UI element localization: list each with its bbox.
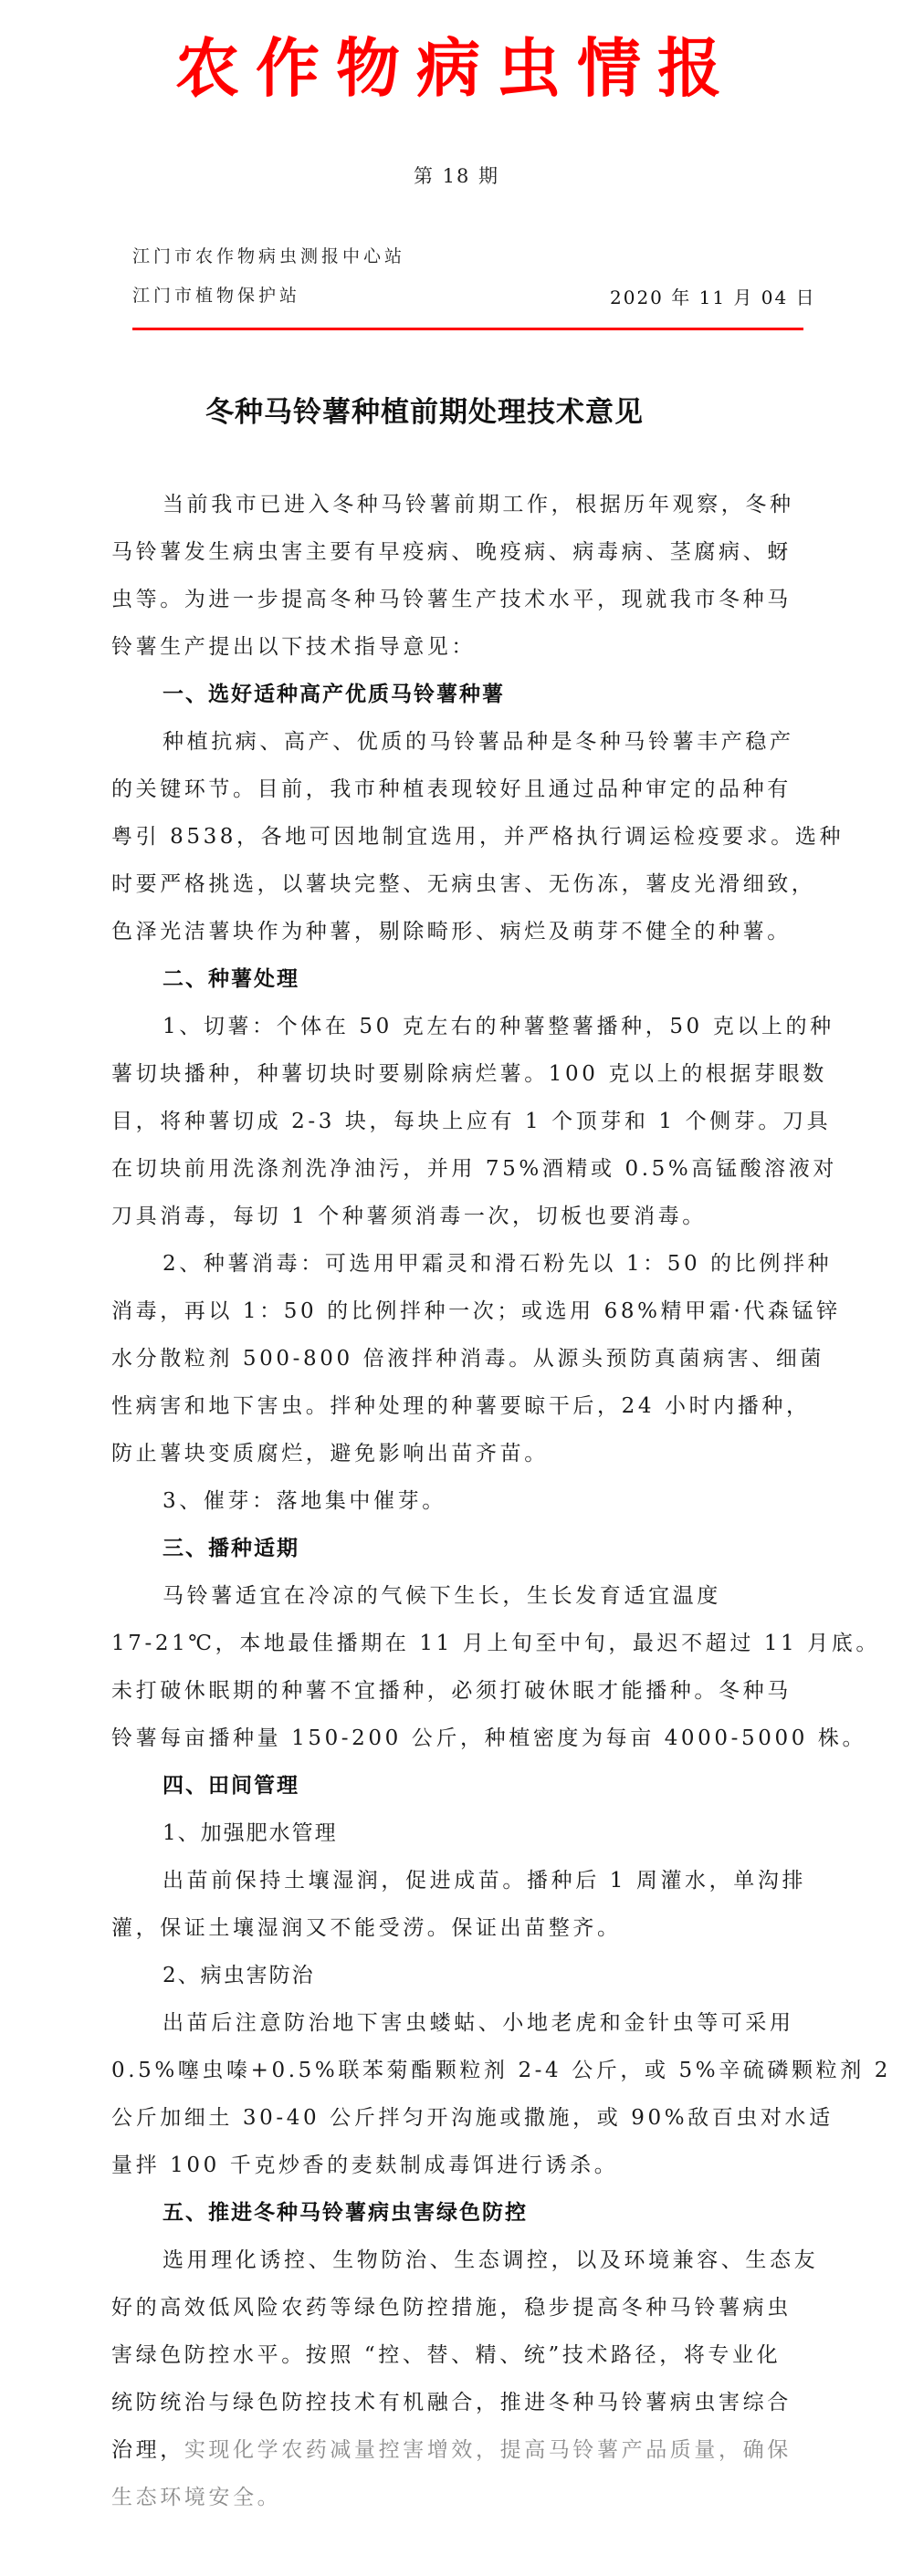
paragraph-line: 马铃薯适宜在冷凉的气候下生长，生长发育适宜温度 (111, 1582, 802, 1630)
section-heading-4: 四、田间管理 (111, 1772, 802, 1820)
paragraph-line: 粤引 8538，各地可因地制宜选用，并严格执行调运检疫要求。选种 (111, 823, 802, 871)
subsection-title: 2、病虫害防治 (111, 1962, 802, 2009)
paragraph-line: 量拌 100 千克炒香的麦麸制成毒饵进行诱杀。 (111, 2152, 802, 2199)
issuer-org-2: 江门市植物保护站 (132, 284, 300, 308)
paragraph-line: 种植抗病、高产、优质的马铃薯品种是冬种马铃薯丰产稳产 (111, 728, 802, 776)
item-line: 2、种薯消毒：可选用甲霜灵和滑石粉先以 1：50 的比例拌种 (111, 1250, 802, 1298)
closing-faded-text: 实现化学农药减量控害增效，提高马铃薯产品质量，确保 (184, 2438, 792, 2462)
document-body: 当前我市已进入冬种马铃薯前期工作，根据历年观察，冬种 马铃薯发生病虫害主要有早疫… (111, 491, 802, 2531)
section-heading-1: 一、选好适种高产优质马铃薯种薯 (111, 681, 802, 728)
header-divider (132, 328, 803, 330)
paragraph-line: 公斤加细土 30-40 公斤拌匀开沟施或撒施，或 90%敌百虫对水适 (111, 2104, 802, 2152)
section-heading-2: 二、种薯处理 (111, 965, 802, 1013)
section-heading-5: 五、推进冬种马铃薯病虫害绿色防控 (111, 2199, 802, 2247)
paragraph-line: 的关键环节。目前，我市种植表现较好且通过品种审定的品种有 (111, 776, 802, 823)
paragraph-line: 铃薯每亩播种量 150-200 公斤，种植密度为每亩 4000-5000 株。 (111, 1725, 802, 1772)
paragraph-line: 0.5%噻虫嗪+0.5%联苯菊酯颗粒剂 2-4 公斤，或 5%辛硫磷颗粒剂 2 (111, 2057, 802, 2104)
paragraph-line: 统防统治与绿色防控技术有机融合，推进冬种马铃薯病虫害综合 (111, 2389, 802, 2436)
item-line: 3、催芽：落地集中催芽。 (111, 1487, 802, 1535)
item-line: 1、切薯：个体在 50 克左右的种薯整薯播种，50 克以上的种 (111, 1013, 802, 1060)
issue-date: 2020 年 11 月 04 日 (610, 286, 816, 309)
paragraph-line: 灌，保证土壤湿润又不能受涝。保证出苗整齐。 (111, 1914, 802, 1962)
paragraph-line: 出苗前保持土壤湿润，促进成苗。播种后 1 周灌水，单沟排 (111, 1867, 802, 1914)
intro-line: 虫等。为进一步提高冬种马铃薯生产技术水平，现就我市冬种马 (111, 586, 802, 633)
intro-line: 马铃薯发生病虫害主要有早疫病、晚疫病、病毒病、茎腐病、蚜 (111, 538, 802, 586)
item-line: 水分散粒剂 500-800 倍液拌种消毒。从源头预防真菌病害、细菌 (111, 1345, 802, 1392)
item-line: 目，将种薯切成 2-3 块，每块上应有 1 个顶芽和 1 个侧芽。刀具 (111, 1108, 802, 1155)
intro-line: 当前我市已进入冬种马铃薯前期工作，根据历年观察，冬种 (111, 491, 802, 538)
item-line: 薯切块播种，种薯切块时要剔除病烂薯。100 克以上的根据芽眼数 (111, 1060, 802, 1108)
paragraph-line: 17-21℃，本地最佳播期在 11 月上旬至中旬，最迟不超过 11 月底。 (111, 1630, 802, 1677)
paragraph-line: 好的高效低风险农药等绿色防控措施，稳步提高冬种马铃薯病虫 (111, 2294, 802, 2341)
paragraph-line: 未打破休眠期的种薯不宜播种，必须打破休眠才能播种。冬种马 (111, 1677, 802, 1725)
paragraph-line: 色泽光洁薯块作为种薯，剔除畸形、病烂及萌芽不健全的种薯。 (111, 918, 802, 965)
section-heading-3: 三、播种适期 (111, 1535, 802, 1582)
paragraph-line: 害绿色防控水平。按照 “控、替、精、统”技术路径，将专业化 (111, 2341, 802, 2389)
paragraph-line-mixed: 治理，实现化学农药减量控害增效，提高马铃薯产品质量，确保 (111, 2436, 802, 2484)
item-line: 性病害和地下害虫。拌种处理的种薯要晾干后，24 小时内播种， (111, 1392, 802, 1440)
final-faded-line: 生态环境安全。 (111, 2484, 802, 2531)
paragraph-line: 选用理化诱控、生物防治、生态调控，以及环境兼容、生态友 (111, 2247, 802, 2294)
item-line: 防止薯块变质腐烂，避免影响出苗齐苗。 (111, 1440, 802, 1487)
paragraph-line: 时要严格挑选，以薯块完整、无病虫害、无伤冻，薯皮光滑细致， (111, 871, 802, 918)
issuer-org-1: 江门市农作物病虫测报中心站 (132, 245, 405, 268)
item-line: 刀具消毒，每切 1 个种薯须消毒一次，切板也要消毒。 (111, 1203, 802, 1250)
intro-line: 铃薯生产提出以下技术指导意见： (111, 633, 802, 681)
item-line: 在切块前用洗涤剂洗净油污，并用 75%酒精或 0.5%高锰酸溶液对 (111, 1155, 802, 1203)
subsection-title: 1、加强肥水管理 (111, 1820, 802, 1867)
paragraph-line: 出苗后注意防治地下害虫蝼蛄、小地老虎和金针虫等可采用 (111, 2009, 802, 2057)
document-title: 冬种马铃薯种植前期处理技术意见 (0, 392, 849, 433)
item-line: 消毒，再以 1：50 的比例拌种一次；或选用 68%精甲霜·代森锰锌 (111, 1298, 802, 1345)
masthead-title: 农作物病虫情报 (0, 27, 913, 110)
closing-dark-text: 治理， (111, 2438, 184, 2462)
issue-number: 第 18 期 (0, 162, 913, 190)
